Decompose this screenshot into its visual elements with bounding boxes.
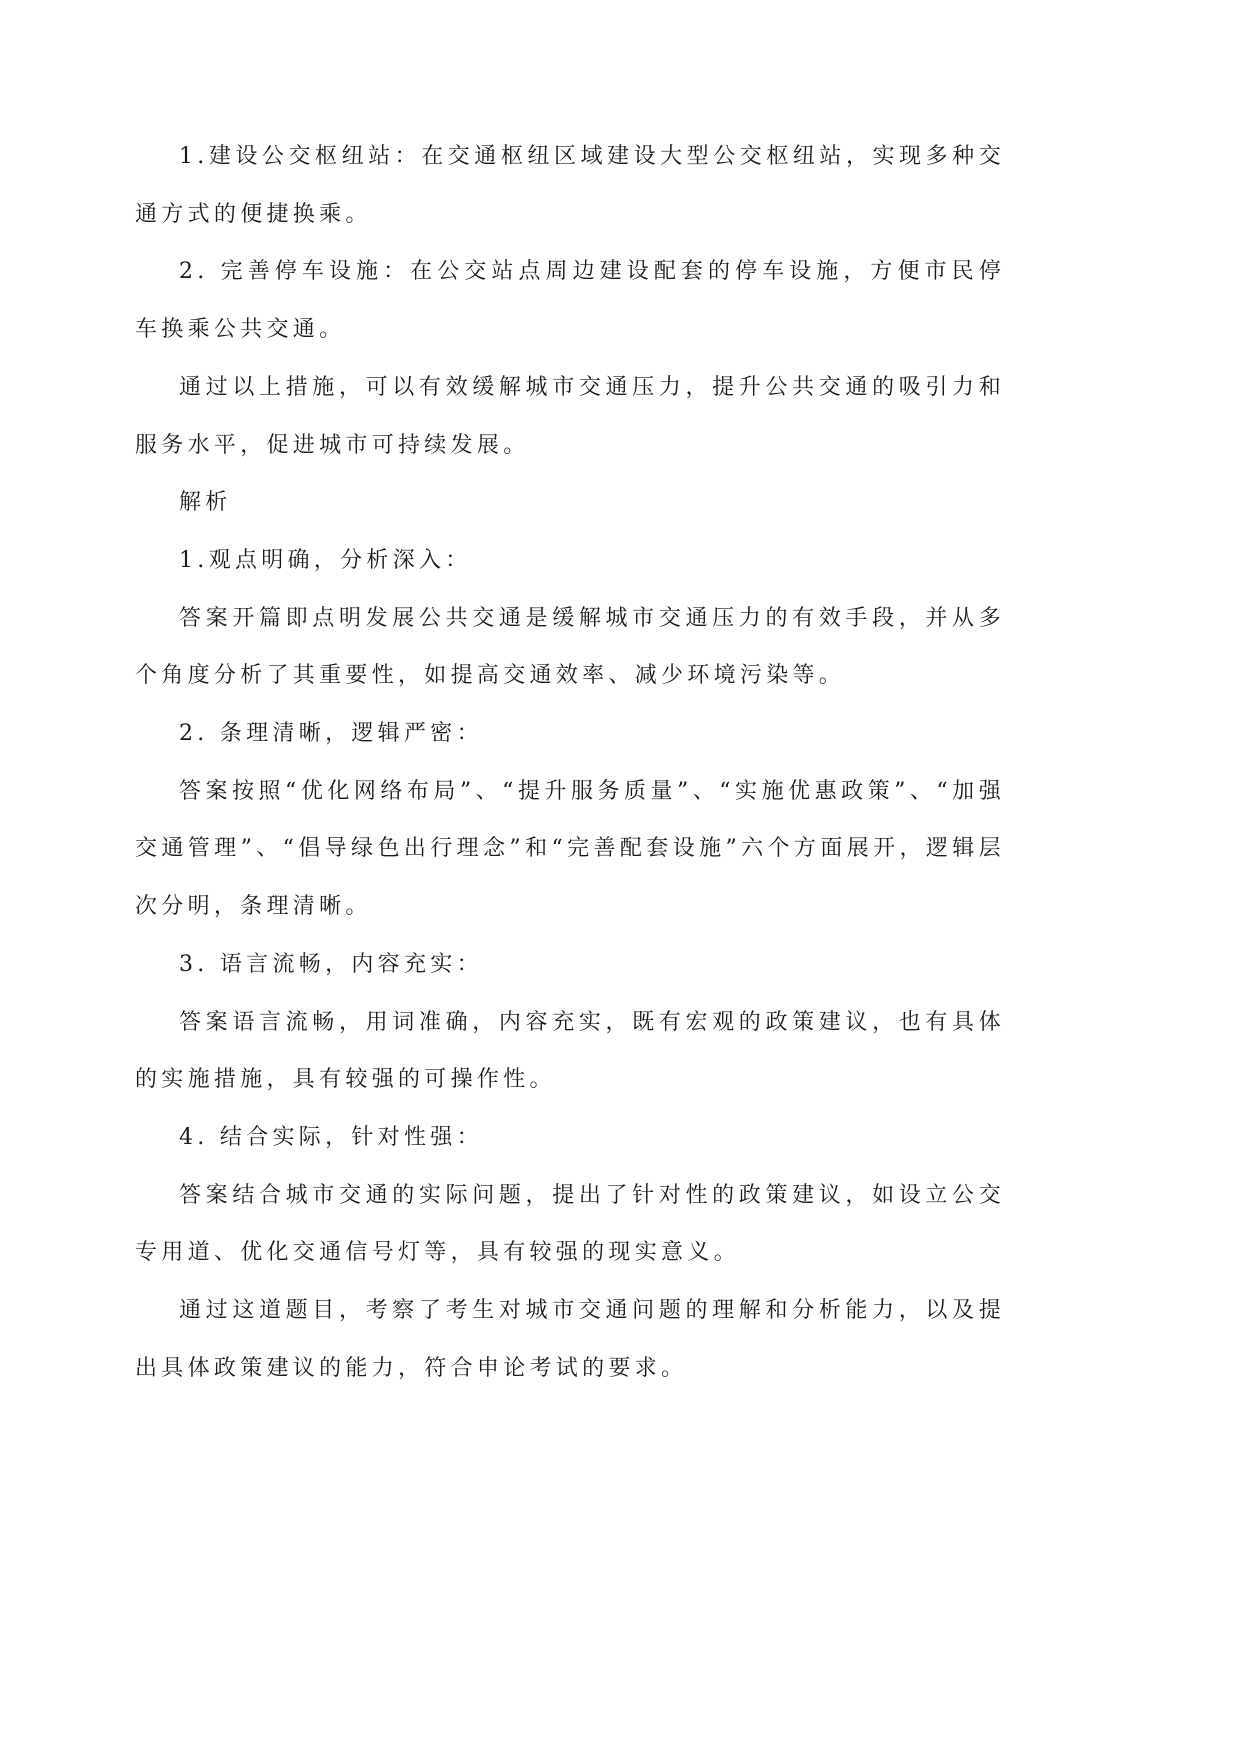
paragraph-improve-parking: 2. 完善停车设施：在公交站点周边建设配套的停车设施，方便市民停车换乘公共交通。 xyxy=(135,243,1005,358)
analysis-point-3-heading: 3. 语言流畅，内容充实： xyxy=(135,936,1005,994)
analysis-point-2-body: 答案按照“优化网络布局”、“提升服务质量”、“实施优惠政策”、“加强交通管理”、… xyxy=(135,763,1005,936)
analysis-point-3-body: 答案语言流畅，用词准确，内容充实，既有宏观的政策建议，也有具体的实施措施，具有较… xyxy=(135,994,1005,1109)
section-heading-analysis: 解析 xyxy=(135,474,1005,532)
analysis-point-2-heading: 2. 条理清晰，逻辑严密： xyxy=(135,705,1005,763)
analysis-point-1-body: 答案开篇即点明发展公共交通是缓解城市交通压力的有效手段，并从多个角度分析了其重要… xyxy=(135,590,1005,705)
analysis-point-1-heading: 1.观点明确，分析深入： xyxy=(135,532,1005,590)
paragraph-build-hub-station: 1.建设公交枢纽站：在交通枢纽区域建设大型公交枢纽站，实现多种交通方式的便捷换乘… xyxy=(135,128,1005,243)
paragraph-conclusion-measures: 通过以上措施，可以有效缓解城市交通压力，提升公共交通的吸引力和服务水平，促进城市… xyxy=(135,359,1005,474)
document-page: 1.建设公交枢纽站：在交通枢纽区域建设大型公交枢纽站，实现多种交通方式的便捷换乘… xyxy=(135,128,1005,1397)
analysis-point-4-body: 答案结合城市交通的实际问题，提出了针对性的政策建议，如设立公交专用道、优化交通信… xyxy=(135,1167,1005,1282)
paragraph-summary: 通过这道题目，考察了考生对城市交通问题的理解和分析能力，以及提出具体政策建议的能… xyxy=(135,1282,1005,1397)
analysis-point-4-heading: 4. 结合实际，针对性强： xyxy=(135,1109,1005,1167)
